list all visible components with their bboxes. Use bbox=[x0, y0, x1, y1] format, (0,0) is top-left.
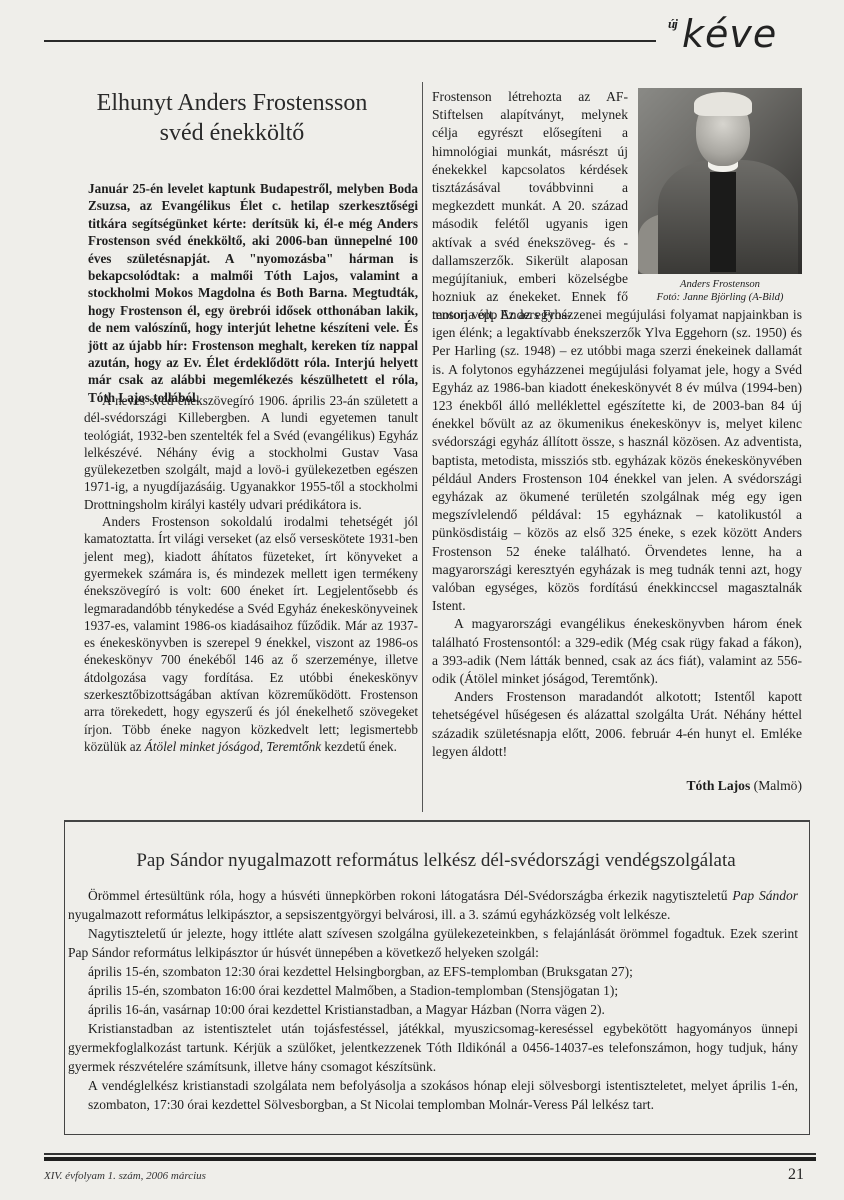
paragraph: Kristianstadban az istentisztelet után t… bbox=[68, 1019, 798, 1076]
masthead-prefix: új bbox=[668, 16, 677, 32]
paragraph: A magyarországi evangélikus énekeskönyvb… bbox=[432, 615, 802, 688]
song-title: Átölel minket jóságod, Teremtőnk bbox=[145, 739, 321, 754]
column-divider bbox=[422, 82, 423, 812]
schedule-item: április 15-én, szombaton 16:00 órai kezd… bbox=[68, 981, 798, 1000]
article-body-right-bottom: tenson volt. Ez az egyházzenei megújulás… bbox=[432, 306, 802, 761]
article-title-line-2: svéd énekköltő bbox=[44, 118, 420, 148]
header-rule bbox=[44, 40, 656, 42]
notice-body: Örömmel értesültünk róla, hogy a húsvéti… bbox=[68, 886, 798, 1114]
article-title-line-1: Elhunyt Anders Frostensson bbox=[44, 88, 420, 118]
photo-caption: Anders Frostenson Fotó: Janne Björling (… bbox=[638, 278, 802, 304]
paragraph: A neves svéd énekszövegíró 1906. április… bbox=[84, 392, 418, 513]
footer-rule-thick bbox=[44, 1157, 816, 1161]
paragraph: Örömmel értesültünk róla, hogy a húsvéti… bbox=[68, 886, 798, 924]
footer-rule bbox=[44, 1153, 816, 1155]
masthead-logo: új kéve bbox=[656, 14, 816, 58]
schedule-item: április 15-én, szombaton 12:30 órai kezd… bbox=[68, 962, 798, 981]
schedule-item: április 16-án, vasárnap 10:00 órai kezde… bbox=[68, 1000, 798, 1019]
paragraph: tenson volt. Ez az egyházzenei megújulás… bbox=[432, 306, 802, 615]
article-body-left: A neves svéd énekszövegíró 1906. április… bbox=[84, 392, 418, 755]
author-signature: Tóth Lajos (Malmö) bbox=[432, 778, 802, 794]
portrait-photo bbox=[638, 88, 802, 274]
page-number: 21 bbox=[788, 1166, 804, 1184]
notice-title: Pap Sándor nyugalmazott református lelké… bbox=[64, 850, 808, 872]
paragraph: Nagytiszteletű úr jelezte, hogy ittléte … bbox=[68, 924, 798, 962]
article-body-right-top: Frostenson létrehozta az AF-Stiftelsen a… bbox=[432, 88, 628, 325]
paragraph: Anders Frostenson sokoldalú irodalmi teh… bbox=[84, 513, 418, 755]
article-title: Elhunyt Anders Frostensson svéd énekkölt… bbox=[44, 88, 420, 148]
paragraph: Anders Frostenson maradandót alkotott; I… bbox=[432, 688, 802, 761]
masthead-title: kéve bbox=[682, 12, 777, 56]
article-lead: Január 25-én levelet kaptunk Budapestről… bbox=[88, 180, 418, 406]
issue-info: XIV. évfolyam 1. szám, 2006 március bbox=[44, 1170, 206, 1182]
paragraph: A vendéglelkész kristianstadi szolgálata… bbox=[68, 1076, 798, 1114]
